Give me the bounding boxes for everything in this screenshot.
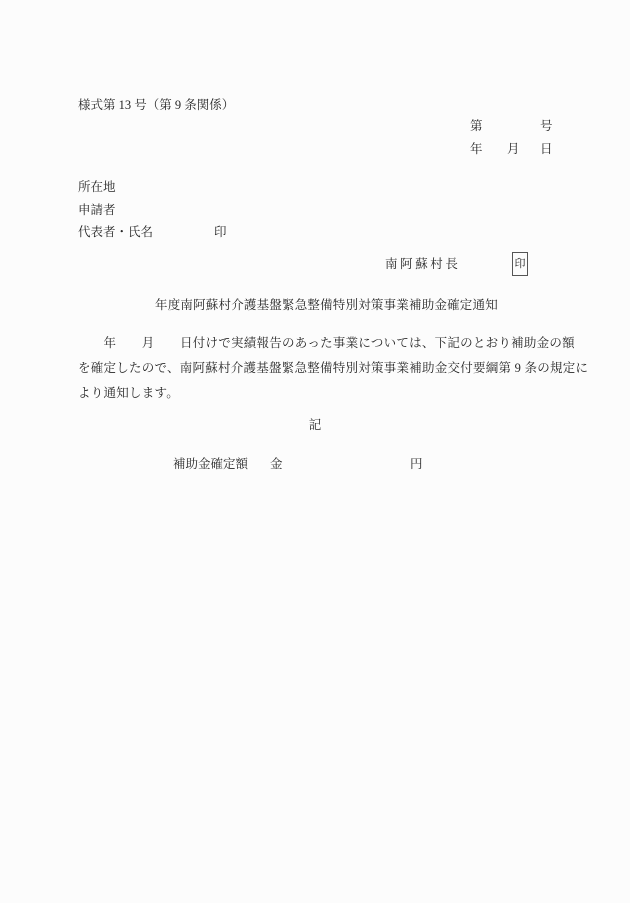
date-day-label: 日 <box>540 141 553 157</box>
date-year-label: 年 <box>470 141 483 157</box>
notice-document-page: 様式第 13 号（第 9 条関係） 第 号 年 月 日 所在地 申請者 代表者・… <box>0 0 630 903</box>
doc-number-prefix: 第 <box>470 118 483 134</box>
body-line-1: 年 月 日付けで実績報告のあった事業については、下記のとおり補助金の額 <box>78 335 575 351</box>
doc-number-suffix: 号 <box>540 118 553 134</box>
notice-title: 年度南阿蘇村介護基盤緊急整備特別対策事業補助金確定通知 <box>155 297 498 313</box>
amount-currency-suffix: 円 <box>410 456 423 472</box>
applicant-label: 申請者 <box>78 202 116 218</box>
representative-seal-mark: 印 <box>214 224 227 240</box>
issuer-seal-box: 印 <box>512 252 528 276</box>
record-marker: 記 <box>0 417 630 433</box>
issuer-title: 南阿蘇村長 <box>385 256 461 272</box>
issuer-seal-mark: 印 <box>515 258 526 270</box>
amount-currency-prefix: 金 <box>270 456 283 472</box>
applicant-address-label: 所在地 <box>78 179 116 195</box>
form-number-label: 様式第 13 号（第 9 条関係） <box>78 97 234 113</box>
body-line-3: より通知します。 <box>78 385 179 401</box>
date-month-label: 月 <box>507 141 520 157</box>
representative-name-label: 代表者・氏名 <box>78 224 153 240</box>
body-line-2: を確定したので、南阿蘇村介護基盤緊急整備特別対策事業補助金交付要綱第 9 条の規… <box>78 360 588 376</box>
amount-label: 補助金確定額 <box>173 456 248 472</box>
